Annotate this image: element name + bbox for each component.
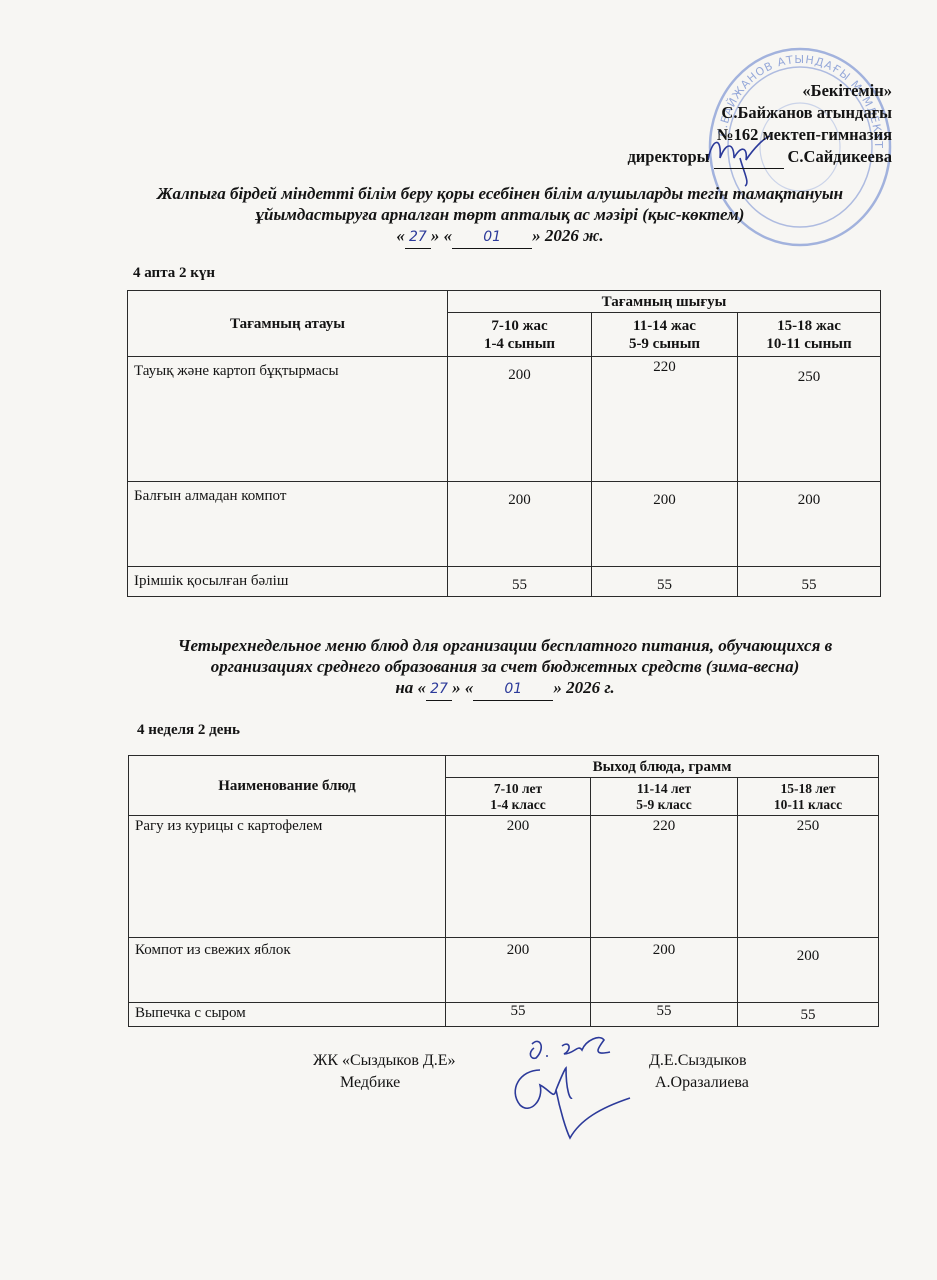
supplier-name: Д.Е.Сыздыков — [649, 1050, 747, 1072]
date-open: на « — [395, 678, 426, 697]
approval-heading: «Бекітемін» — [627, 80, 892, 102]
nurse-name: А.Оразалиева — [655, 1072, 749, 1094]
ru-date-month: 01 — [504, 681, 522, 697]
date-mid: » « — [431, 226, 452, 245]
director-signature-line — [714, 146, 784, 169]
ru-menu-title: Четырехнедельное меню блюд для организац… — [65, 635, 937, 701]
date-close: » 2026 г. — [553, 678, 614, 697]
table-row: Балғын алмадан компот 200 200 200 — [128, 482, 881, 567]
handwritten-signatures — [500, 1030, 640, 1145]
table-row: Ірімшік қосылған бәліш 55 55 55 — [128, 567, 881, 597]
kz-title-line2: ұйымдастыруға арналған төрт апталық ас м… — [60, 204, 937, 225]
kz-date-month: 01 — [483, 229, 501, 245]
ru-title-line2: организациях среднего образования за сче… — [65, 656, 937, 677]
kz-col-age-2: 11-14 жас5-9 сынып — [592, 313, 738, 357]
date-open: « — [396, 226, 405, 245]
kz-day-label: 4 апта 2 күн — [133, 265, 215, 282]
date-mid: » « — [452, 678, 473, 697]
nurse-label: Медбике — [340, 1072, 400, 1094]
director-label: директоры — [627, 147, 709, 166]
kz-date-day: 27 — [409, 229, 427, 245]
approval-block: «Бекітемін» С.Байжанов атындағы №162 мек… — [627, 80, 892, 169]
supplier-label: ЖК «Сыздыков Д.Е» — [313, 1050, 456, 1072]
approval-school-line: С.Байжанов атындағы — [627, 102, 892, 124]
kz-col-age-3: 15-18 жас10-11 сынып — [738, 313, 881, 357]
ru-col-age-2: 11-14 лет5-9 класс — [591, 778, 738, 816]
kz-col-output: Тағамның шығуы — [448, 291, 881, 313]
ru-col-output: Выход блюда, грамм — [446, 756, 879, 778]
kz-menu-title: Жалпыға бірдей міндетті білім беру қоры … — [60, 183, 937, 249]
approval-director-line: директоры С.Сайдикеева — [627, 146, 892, 169]
table-row: Рагу из курицы с картофелем 200 220 250 — [129, 816, 879, 938]
approval-school-number: №162 мектеп-гимназия — [627, 124, 892, 146]
kz-col-dish-name: Тағамның атауы — [128, 291, 448, 357]
director-name: С.Сайдикеева — [788, 147, 892, 166]
kz-title-line1: Жалпыға бірдей міндетті білім беру қоры … — [60, 183, 937, 204]
table-row: Выпечка с сыром 55 55 55 — [129, 1003, 879, 1027]
ru-col-dish-name: Наименование блюд — [129, 756, 446, 816]
ru-date-day: 27 — [430, 681, 448, 697]
ru-title-line1: Четырехнедельное меню блюд для организац… — [65, 635, 937, 656]
ru-menu-table: Наименование блюд Выход блюда, грамм 7-1… — [128, 755, 879, 1027]
ru-day-label: 4 неделя 2 день — [137, 722, 240, 739]
kz-title-date: «27» «01» 2026 ж. — [60, 225, 937, 249]
table-row: Компот из свежих яблок 200 200 200 — [129, 938, 879, 1003]
date-close: » 2026 ж. — [532, 226, 603, 245]
kz-menu-table: Тағамның атауы Тағамның шығуы 7-10 жас1-… — [127, 290, 881, 597]
ru-col-age-3: 15-18 лет10-11 класс — [738, 778, 879, 816]
ru-title-date: на «27» «01» 2026 г. — [65, 677, 937, 701]
kz-col-age-1: 7-10 жас1-4 сынып — [448, 313, 592, 357]
table-row: Тауық және картоп бұқтырмасы 200 220 250 — [128, 357, 881, 482]
ru-col-age-1: 7-10 лет1-4 класс — [446, 778, 591, 816]
